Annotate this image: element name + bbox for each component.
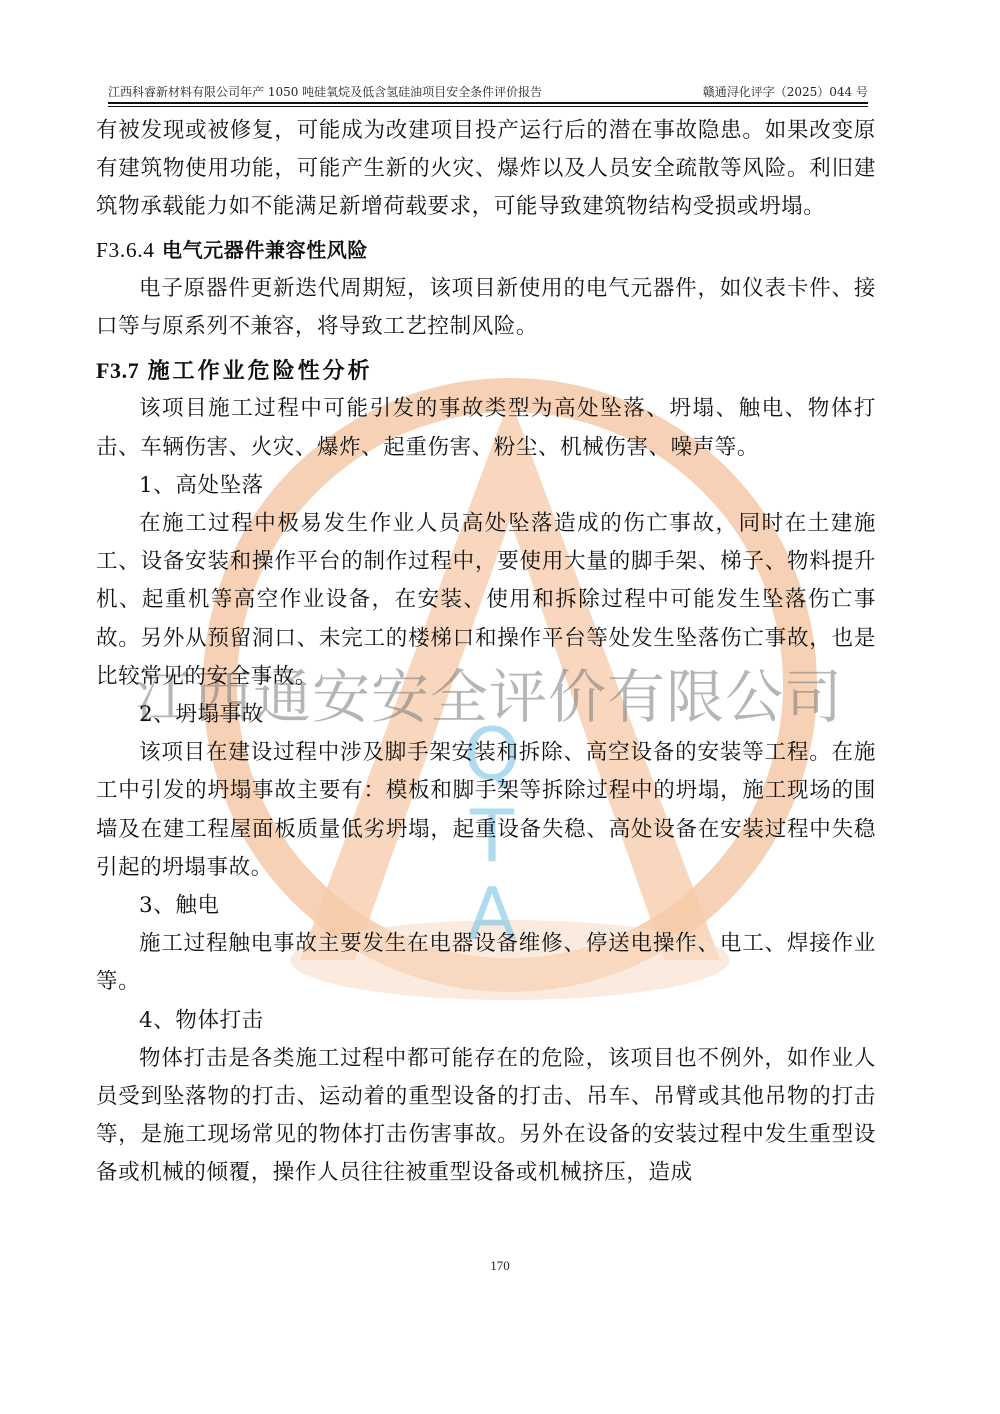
item-heading-fall: 1、高处坠落 <box>96 467 876 505</box>
item-heading-electric-shock: 3、触电 <box>96 887 876 925</box>
page-number: 170 <box>0 1258 1000 1274</box>
section-title: 电气元器件兼容性风险 <box>162 238 368 262</box>
item-paragraph-fall: 在施工过程中极易发生作业人员高处坠落造成的伤亡事故，同时在土建施工、设备安装和操… <box>96 505 876 696</box>
section-heading-f37: F3.7 施工作业危险性分析 <box>96 352 876 390</box>
item-paragraph-electric-shock: 施工过程触电事故主要发生在电器设备维修、停送电操作、电工、焊接作业等。 <box>96 925 876 1001</box>
header-rule <box>108 106 868 107</box>
section-f37-intro: 该项目施工过程中可能引发的事故类型为高处坠落、坍塌、触电、物体打击、车辆伤害、火… <box>96 390 876 466</box>
page-body: 有被发现或被修复，可能成为改建项目投产运行后的潜在事故隐患。如果改变原有建筑物使… <box>96 112 876 1193</box>
section-heading-f364: F3.6.4 电气元器件兼容性风险 <box>96 231 876 270</box>
item-heading-collapse: 2、坍塌事故 <box>96 696 876 734</box>
section-number: F3.6.4 <box>96 238 155 262</box>
page-header: 江西科睿新材料有限公司年产 1050 吨硅氧烷及低含氢硅油项目安全条件评价报告 … <box>108 84 868 104</box>
item-paragraph-object-strike: 物体打击是各类施工过程中都可能存在的危险，该项目也不例外，如作业人员受到坠落物的… <box>96 1040 876 1193</box>
report-title: 江西科睿新材料有限公司年产 1050 吨硅氧烷及低含氢硅油项目安全条件评价报告 <box>108 84 542 100</box>
section-f364-paragraph: 电子原器件更新迭代周期短，该项目新使用的电气元器件，如仪表卡件、接口等与原系列不… <box>96 270 876 346</box>
continuation-paragraph: 有被发现或被修复，可能成为改建项目投产运行后的潜在事故隐患。如果改变原有建筑物使… <box>96 112 876 227</box>
item-paragraph-collapse: 该项目在建设过程中涉及脚手架安装和拆除、高空设备的安装等工程。在施工中引发的坍塌… <box>96 734 876 887</box>
item-heading-object-strike: 4、物体打击 <box>96 1002 876 1040</box>
section-number: F3.7 <box>96 358 139 383</box>
section-title: 施工作业危险性分析 <box>148 358 373 384</box>
report-number: 赣通浔化评字（2025）044 号 <box>703 84 868 100</box>
